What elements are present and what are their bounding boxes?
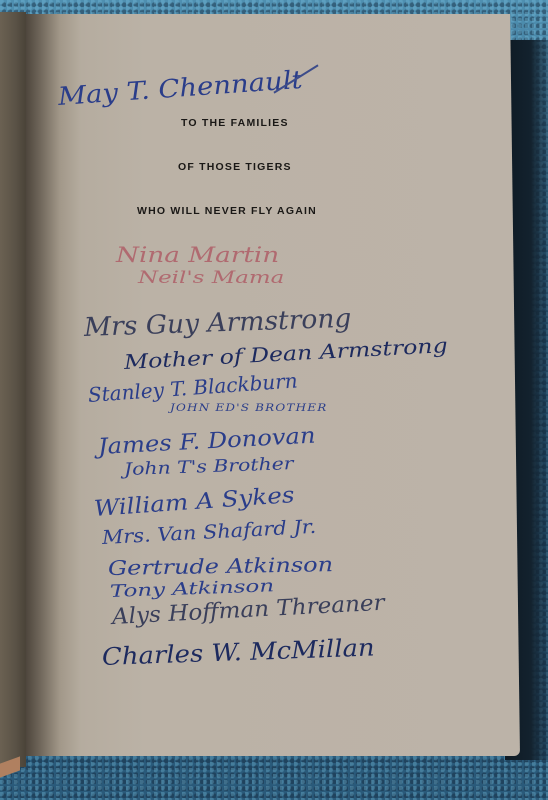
book-cover-edge	[0, 12, 26, 767]
signature-nina-martin: Nina Martin	[116, 243, 279, 267]
dedication-line-3: WHO WILL NEVER FLY AGAIN	[137, 205, 317, 217]
signature-gertrude-atkinson: Gertrude Atkinson	[108, 552, 333, 580]
dedication-line-1: TO THE FAMILIES	[181, 117, 289, 129]
dedication-line-2: OF THOSE TIGERS	[178, 161, 292, 173]
signature-john-eds-brother: JOHN ED'S BROTHER	[170, 403, 328, 414]
signature-neils-mama: Neil's Mama	[138, 268, 284, 288]
